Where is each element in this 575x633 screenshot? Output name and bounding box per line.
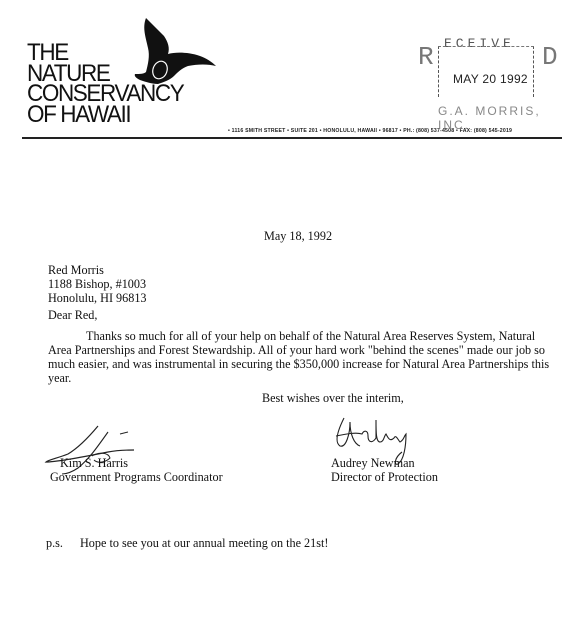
stamp-date: MAY 20 1992: [453, 72, 528, 86]
signatory-title: Director of Protection: [331, 470, 438, 484]
stamp-right-letter: D: [542, 42, 558, 72]
postscript-text: Hope to see you at our annual meeting on…: [80, 536, 328, 550]
letterhead-rule: [22, 137, 562, 139]
signatory-block: Audrey Newman Director of Protection: [331, 456, 438, 484]
signatory-name: Audrey Newman: [331, 456, 438, 470]
recipient-line: 1188 Bishop, #1003: [48, 277, 147, 291]
signatory-title: Government Programs Coordinator: [50, 470, 223, 484]
recipient-line: Red Morris: [48, 263, 147, 277]
letter-date: May 18, 1992: [264, 229, 332, 243]
postscript-label: p.s.: [46, 536, 63, 550]
logo-line: OF HAWAII: [27, 103, 183, 123]
salutation: Dear Red,: [48, 308, 97, 322]
letter-body: Thanks so much for all of your help on b…: [48, 329, 553, 385]
recipient-line: Honolulu, HI 96813: [48, 291, 147, 305]
stamp-footer: G.A. MORRIS, INC.: [438, 104, 575, 132]
stamp-left-letter: R: [418, 42, 434, 72]
bird-icon: [118, 14, 218, 86]
closing: Best wishes over the interim,: [262, 391, 404, 405]
recipient-address: Red Morris 1188 Bishop, #1003 Honolulu, …: [48, 263, 147, 305]
signatory-block: Kim S. Harris Government Programs Coordi…: [50, 456, 223, 484]
signatory-name: Kim S. Harris: [50, 456, 223, 470]
